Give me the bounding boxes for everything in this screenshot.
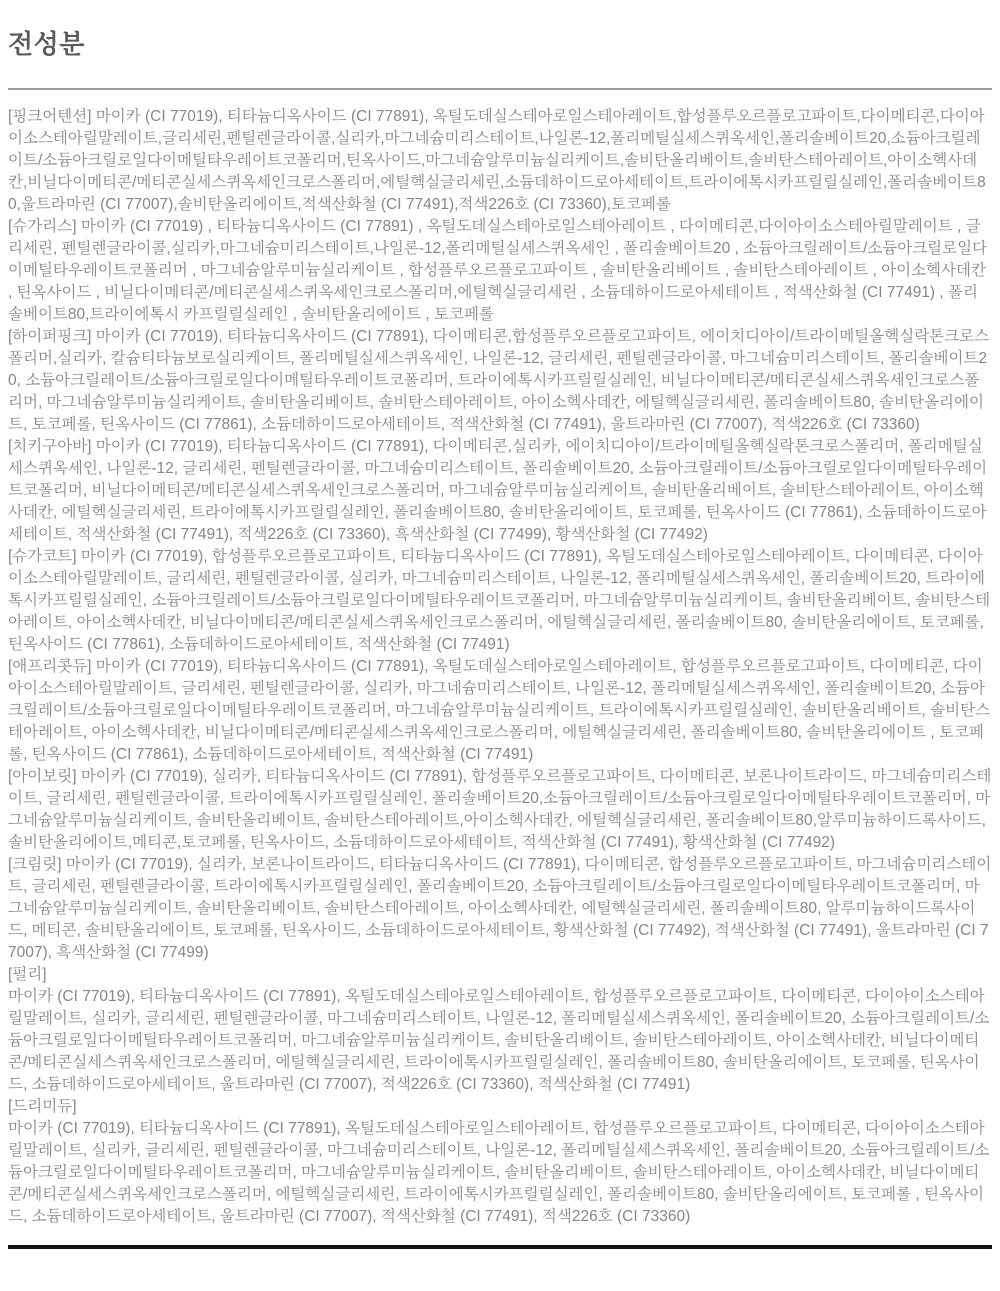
ingredient-block-ivorit: [아이보릿] 마이카 (CI 77019), 실리카, 티타늄디옥사이드 (CI… (8, 766, 992, 854)
ingredient-list: 마이카 (CI 77019), 티타늄디옥사이드 (CI 77891), 옥틸도… (8, 658, 990, 763)
ingredient-list: 마이카 (CI 77019), 합성플루오르플로고파이트, 티타늄디옥사이드 (… (8, 548, 990, 653)
bottom-divider (8, 1245, 992, 1249)
ingredient-block-chiki-guava: [치키구아바] 마이카 (CI 77019), 티타늄디옥사이드 (CI 778… (8, 436, 992, 546)
ingredient-block-pink-attention: [핑크어텐션] 마이카 (CI 77019), 티타늄디옥사이드 (CI 778… (8, 106, 992, 216)
shade-label: [하이퍼핑크] (8, 328, 91, 345)
shade-label: [슈가코트] (8, 548, 77, 565)
shade-label: [펄리] (8, 964, 992, 986)
shade-label: [애프리콧듀] (8, 658, 91, 675)
ingredient-list: 마이카 (CI 77019) , 티타늄디옥사이드 (CI 77891) , 옥… (8, 218, 987, 323)
shade-label: [슈가리스] (8, 218, 77, 235)
ingredient-list: 마이카 (CI 77019), 실리카, 보론나이트라이드, 티타늄디옥사이드 … (8, 856, 991, 961)
ingredient-list: 마이카 (CI 77019), 티타늄디옥사이드 (CI 77891), 옥틸도… (8, 108, 986, 213)
ingredient-list: 마이카 (CI 77019), 티타늄디옥사이드 (CI 77891), 옥틸도… (8, 988, 989, 1093)
ingredient-block-apricot-dew: [애프리콧듀] 마이카 (CI 77019), 티타늄디옥사이드 (CI 778… (8, 656, 992, 766)
ingredient-block-pearly: [펄리] 마이카 (CI 77019), 티타늄디옥사이드 (CI 77891)… (8, 964, 992, 1096)
shade-label: [핑크어텐션] (8, 108, 91, 125)
ingredients-section: 전성분 [핑크어텐션] 마이카 (CI 77019), 티타늄디옥사이드 (CI… (0, 24, 1000, 1249)
shade-label: [치키구아바] (8, 438, 91, 455)
page-title: 전성분 (8, 24, 992, 61)
top-divider (8, 88, 992, 90)
ingredient-block-sugar-coat: [슈가코트] 마이카 (CI 77019), 합성플루오르플로고파이트, 티타늄… (8, 546, 992, 656)
ingredient-block-hyper-pink: [하이퍼핑크] 마이카 (CI 77019), 티타늄디옥사이드 (CI 778… (8, 326, 992, 436)
ingredient-block-dreamy-dew: [드리미듀] 마이카 (CI 77019), 티타늄디옥사이드 (CI 7789… (8, 1096, 992, 1228)
ingredient-block-sugarless: [슈가리스] 마이카 (CI 77019) , 티타늄디옥사이드 (CI 778… (8, 216, 992, 326)
ingredient-list: 마이카 (CI 77019), 티타늄디옥사이드 (CI 77891), 다이메… (8, 328, 989, 433)
ingredient-block-creamlit: [크림릿] 마이카 (CI 77019), 실리카, 보론나이트라이드, 티타늄… (8, 854, 992, 964)
shade-label: [크림릿] (8, 856, 62, 873)
shade-label: [드리미듀] (8, 1096, 992, 1118)
ingredient-list: 마이카 (CI 77019), 실리카, 티타늄디옥사이드 (CI 77891)… (8, 768, 991, 851)
shade-label: [아이보릿] (8, 768, 77, 785)
ingredient-list: 마이카 (CI 77019), 티타늄디옥사이드 (CI 77891), 옥틸도… (8, 1120, 989, 1225)
ingredients-content: [핑크어텐션] 마이카 (CI 77019), 티타늄디옥사이드 (CI 778… (8, 106, 992, 1228)
ingredient-list: 마이카 (CI 77019), 티타늄디옥사이드 (CI 77891), 다이메… (8, 438, 987, 543)
